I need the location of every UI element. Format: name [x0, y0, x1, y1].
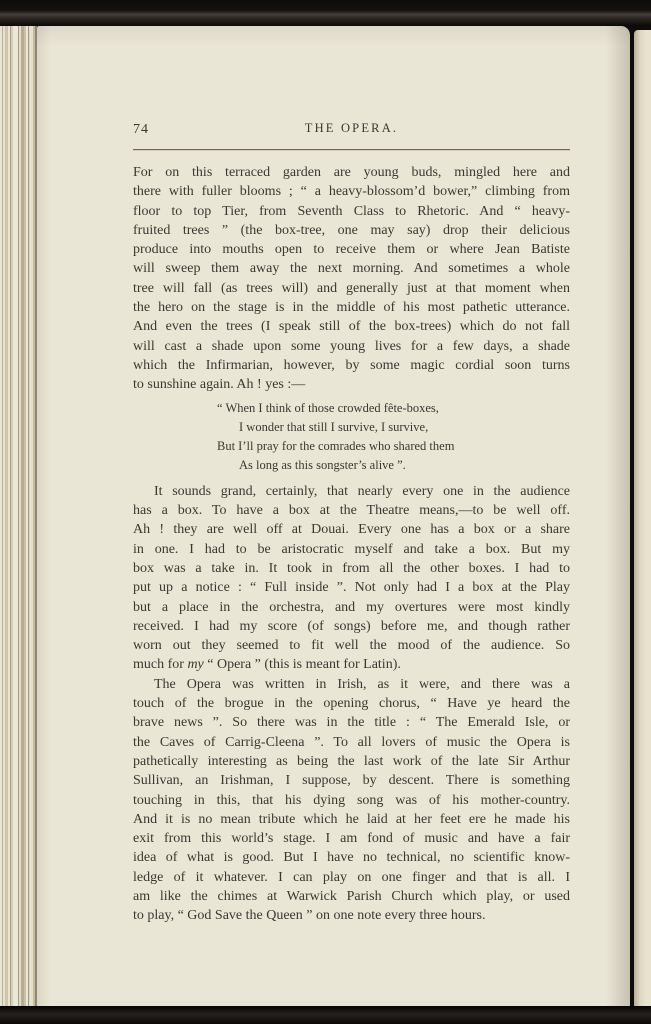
text-line: idea of what is good. But I have no tech…: [133, 848, 570, 867]
verse-quote: “ When I think of those crowded fête-box…: [217, 399, 570, 476]
text-line: fruited trees ” (the box-tree, one may s…: [133, 221, 570, 240]
text-line: which the Infirmarian, however, by some …: [133, 356, 570, 375]
book-cover-bottom-band: [0, 1006, 651, 1024]
paragraph-2-lines: It sounds grand, certainly, that nearly …: [133, 482, 570, 656]
text-line: Sullivan, an Irishman, I suppose, by des…: [133, 771, 570, 790]
stacked-page-edges: [0, 26, 37, 1006]
text-line: “ When I think of those crowded fête-box…: [217, 399, 570, 418]
text-line: For on this terraced garden are young bu…: [133, 163, 570, 182]
page-content: 74 THE OPERA. For on this terraced garde…: [133, 26, 570, 926]
text-line: to play, “ God Save the Queen ” on one n…: [133, 906, 570, 925]
text-line: to sunshine again. Ah ! yes :—: [133, 375, 570, 394]
verse-lines: “ When I think of those crowded fête-box…: [217, 399, 570, 476]
text-line: As long as this songster’s alive ”.: [239, 456, 570, 475]
text-line: but a place in the orchestra, and my ove…: [133, 598, 570, 617]
text-line: touching in this, that his dying song wa…: [133, 791, 570, 810]
text-line: ledge of it whatever. I can play on one …: [133, 868, 570, 887]
text-line: exit from this world’s stage. I am fond …: [133, 829, 570, 848]
text-line: the Caves of Carrig-Cleena ”. To all lov…: [133, 733, 570, 752]
book-scan-photo: 74 THE OPERA. For on this terraced garde…: [0, 0, 651, 1024]
paragraph-2: It sounds grand, certainly, that nearly …: [133, 482, 570, 675]
paragraph-1: For on this terraced garden are young bu…: [133, 163, 570, 395]
paragraph-3-lines: The Opera was written in Irish, as it we…: [133, 675, 570, 926]
text-line: It sounds grand, certainly, that nearly …: [133, 482, 570, 501]
text-line: received. I had my score (of songs) befo…: [133, 617, 570, 636]
text-line: pathetically interesting as being the la…: [133, 752, 570, 771]
text-segment: much for: [133, 657, 187, 672]
text-line: tree will fall (as trees will) and gener…: [133, 279, 570, 298]
text-segment: “ Opera ” (this is meant for Latin).: [204, 657, 401, 672]
text-line: in one. I had to be aristocratic myself …: [133, 540, 570, 559]
text-line: I wonder that still I survive, I survive…: [239, 418, 570, 437]
text-line: the hero on the stage is in the middle o…: [133, 298, 570, 317]
text-line: But I’ll pray for the comrades who share…: [217, 437, 570, 456]
text-line: touch of the brogue in the opening choru…: [133, 694, 570, 713]
text-line: The Opera was written in Irish, as it we…: [133, 675, 570, 694]
text-line: produce into mouths open to receive them…: [133, 240, 570, 259]
book-cover-top-band: [0, 0, 651, 26]
text-line: And even the trees (I speak still of the…: [133, 317, 570, 336]
text-line: there with fuller blooms ; “ a heavy-blo…: [133, 182, 570, 201]
text-line: will sweep them away the next morning. A…: [133, 259, 570, 278]
text-line: will cast a shade upon some young lives …: [133, 337, 570, 356]
text-line: put up a notice : “ Full inside ”. Not o…: [133, 578, 570, 597]
text-line: much for my “ Opera ” (this is meant for…: [133, 655, 570, 674]
book-page: 74 THE OPERA. For on this terraced garde…: [37, 26, 630, 1006]
text-line: Ah ! they are well off at Douai. Every o…: [133, 520, 570, 539]
paragraph-3: The Opera was written in Irish, as it we…: [133, 675, 570, 926]
header-rule: [133, 149, 570, 150]
text-line: floor to top Tier, from Seventh Class to…: [133, 202, 570, 221]
paragraph-1-lines: For on this terraced garden are young bu…: [133, 163, 570, 395]
text-line: am like the chimes at Warwick Parish Chu…: [133, 887, 570, 906]
text-line: box was a take in. It took in from all t…: [133, 559, 570, 578]
text-line: worn out they seemed to fit well the moo…: [133, 636, 570, 655]
italic-word: my: [187, 657, 203, 672]
page-number: 74: [133, 122, 149, 138]
text-line: And it is no mean tribute which he laid …: [133, 810, 570, 829]
running-header: 74 THE OPERA.: [133, 26, 570, 138]
text-line: has a box. To have a box at the Theatre …: [133, 501, 570, 520]
text-line: brave news ”. So there was in the title …: [133, 713, 570, 732]
body-text: For on this terraced garden are young bu…: [133, 163, 570, 926]
next-page-sliver: [634, 30, 651, 1006]
page-title: THE OPERA.: [133, 118, 570, 136]
